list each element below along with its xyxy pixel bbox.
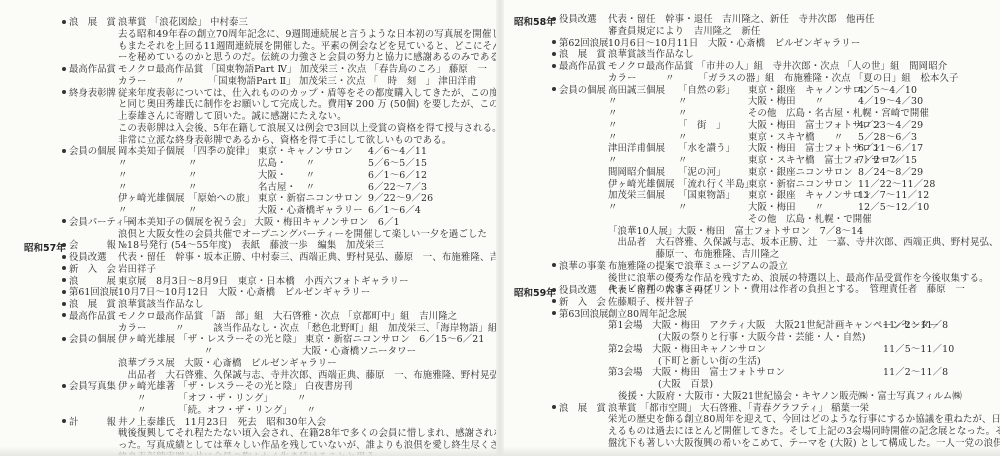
left-text-line: カラー 〃 「国東物語Part Ⅱ」 加茂栄三・次点 「 時 刻 」 津田洋甫	[118, 76, 477, 88]
right58-section-label: 浪 展 賞	[552, 49, 606, 61]
left-section-label: 新 入 会	[62, 264, 116, 276]
bullet-icon	[62, 255, 66, 259]
right58-text-line: 浪華賞該当作品なし	[608, 49, 694, 61]
left-text-line: モノクロ最高作品賞 「国東物語Part Ⅳ」 加茂栄三・次点 「春告鳥のころ」 …	[118, 64, 487, 76]
right58-exhibit-title: 〃	[678, 108, 688, 120]
bullet-icon	[62, 384, 66, 388]
right58-exhibit-title: 「 街 」	[678, 120, 726, 132]
bullet-icon	[62, 266, 66, 270]
bullet-icon	[62, 313, 66, 317]
bullet-icon	[552, 311, 556, 315]
left-venue: 名古屋・ 〃	[258, 182, 315, 194]
right59-date: 11／2～11／8	[883, 367, 948, 379]
left-exhibitor: 〃	[118, 158, 128, 170]
left-text-line: 上泰雄さんに寄贈して頂いた。誠に感謝にたえない。	[118, 111, 347, 123]
bullet-icon	[552, 288, 556, 292]
left-venue: 大阪・心斎橋ギャラリー	[258, 205, 363, 217]
label-text: 浪華の事業	[559, 261, 606, 272]
right59-venue-note: (下町と新しい街の生活)	[658, 356, 761, 368]
right58-exhibitor: 高田誠三個展	[608, 85, 665, 97]
bullet-icon	[552, 64, 556, 68]
bullet-icon	[62, 149, 66, 153]
left-text-line: もまたそれを上回る11週間連続展を開催した。平素の例会などを見ていると、どこにそ…	[118, 41, 549, 53]
right58-exhibit-title: 〃	[678, 155, 688, 167]
left-date: 5／6～5／15	[368, 158, 427, 170]
left-page: 昭和57年 浪 展 賞浪華賞 「浪花図絵」 中村泰三去る昭和49年春の創立70周…	[0, 0, 500, 456]
label-text: 役員改選	[559, 285, 597, 296]
right58-exhibitor: 〃	[608, 96, 618, 108]
era-label-showa57: 昭和57年	[24, 240, 66, 254]
left-section-label: 浪 展 賞	[62, 299, 116, 311]
right58-exhibitor: 〃	[608, 202, 618, 214]
label-text: 最高作品賞	[559, 61, 606, 72]
right59-text-line: 代表・留任 幹事・再任	[608, 285, 713, 297]
left-text-line: 浪倶と大阪女性の会員共催でオープニングパーティーを開催して楽しい一夕を過ごした	[118, 229, 487, 241]
left-text-line: 浪華賞 「浪花図絵」 中村泰三	[118, 17, 248, 29]
right58-venue: その他 広島・名古屋・札幌・宮崎で開催	[748, 108, 929, 120]
right58-date: 6／11～6／17	[858, 143, 923, 155]
bullet-icon	[552, 405, 556, 409]
right58-exhibit-title: 「流れ行く半島」	[678, 179, 754, 191]
right59-venue: 第2会場 大阪・梅田キャノンサロン	[608, 344, 766, 356]
right59-date: 11／5～11／10	[883, 344, 954, 356]
right58-venue: 東京・銀座 キャノンサロン	[748, 85, 871, 97]
left-text-line: 井ノ上泰雄氏 11月23日 死去 昭和30年入会	[118, 417, 326, 429]
left-exhibit-title: 〃	[188, 182, 198, 194]
left-text-line: と同じ奥田秀雄氏に制作をお願いして完成した。費用¥ 200 万 (50個) を要…	[118, 99, 546, 111]
left-text-line: 10月7日～10月12日 大阪・心斎橋 ビルゼンギャラリー	[118, 287, 370, 299]
left-venue: 広島・ 〃	[258, 158, 315, 170]
right58-exhibit-title: 〃	[678, 96, 688, 108]
left-exhibit-title: 「四季の旋律」	[188, 146, 255, 158]
label-text: 第61回浪展	[69, 287, 118, 298]
label-text: 最高作品賞	[69, 64, 116, 75]
left-section-label: 計 報	[62, 417, 116, 429]
right59-text-line: 栄光の歴史を飾る創立80周年を迎えて、今回はどのような行事にするか協議を重ねたが…	[608, 414, 1000, 426]
left-section-label: 浪 展 賞	[62, 17, 116, 29]
label-text: 浪 展	[69, 276, 116, 287]
left-text-line: 代表・留任 幹事・坂本正勝、中村泰三、西端正典、野村晃弘、藤原 一、布施雅隆、吉…	[118, 252, 528, 264]
label-text: 浪 展 賞	[559, 403, 606, 414]
left-venue: 大阪・ 〃	[258, 170, 315, 182]
label-text: 浪 展 賞	[69, 17, 116, 28]
right58-venue: 大阪・梅田 〃	[748, 202, 824, 214]
left-exhibit-title: 〃	[188, 158, 198, 170]
right58-venue: 東京・新宿ニコンサロン	[748, 179, 853, 191]
right58-exhibitor: 〃	[608, 120, 618, 132]
right58-exhibitor: 伊ヶ崎光雄個展	[608, 179, 675, 191]
left-text-line: 浪華プラス展 大阪・心斎橋 ビルゼンギャラリー	[118, 358, 337, 370]
right58-exhibitor: 〃	[608, 155, 618, 167]
left-exhibit-title: 〃	[188, 205, 198, 217]
bullet-icon	[62, 302, 66, 306]
right58-venue: 大阪・梅田 〃	[748, 96, 824, 108]
left-date: 6／1～6／12	[368, 170, 427, 182]
bullet-icon	[552, 17, 556, 21]
left-exhibitor: 岡本美知子個展	[118, 146, 185, 158]
bullet-icon	[552, 263, 556, 267]
right58-section-label: 最高作品賞	[552, 61, 606, 73]
right58-date: 12／5～12／10	[858, 202, 929, 214]
bullet-icon	[552, 87, 556, 91]
right58-venue: その他 広島・札幌・で開催	[748, 214, 872, 226]
right58-exhibitor: 加茂栄三個展	[608, 190, 665, 202]
bullet-icon	[62, 290, 66, 294]
bullet-icon	[552, 52, 556, 56]
left-text-line: ーを秘めているのかと思うのだ。伝統の力強さと会員の努力と協力に感謝あるのみである…	[118, 52, 509, 64]
right59-section-label: 浪 展 賞	[552, 403, 606, 415]
right58-text-line: 出品者 大石啓雅、久保誠与志、坂本正勝、辻 一嘉、寺井次郎、西端正典、野村晃弘、	[608, 237, 999, 249]
left-exhibit-title: 「原始への旅」	[188, 193, 255, 205]
right58-date: 7／2～7／15	[858, 155, 917, 167]
left-exhibitor: 〃	[118, 170, 128, 182]
right59-venue-note: (大阪の祭りと行事・大阪今昔・芸能・人・自然)	[658, 332, 866, 344]
label-text: 最高作品賞	[69, 311, 116, 322]
right58-exhibit-title: 「水を讃う」	[678, 143, 735, 155]
right58-date: 11／7～11／12	[858, 190, 929, 202]
right58-section-label: 役員改選	[552, 14, 597, 26]
bullet-icon	[62, 90, 66, 94]
left-section-label: 会員の個展	[62, 334, 116, 346]
left-text-line: カラー 〃 該当作品なし・次点 「愁色北野町」組 加茂栄三、「海岸物語」組 野村…	[118, 323, 545, 335]
right58-text-line: モノクロ最高作品賞 「市井の人」組 寺井次郎・次点 「人の世」組 間岡昭介	[608, 61, 947, 73]
right59-text-line: 創立80周年記念展	[608, 309, 687, 321]
right58-date: 4／5～4／10	[858, 85, 917, 97]
left-section-label: 会員写真集	[62, 381, 116, 393]
right58-exhibit-title: 「泥の河」	[678, 167, 726, 179]
left-text-line: 戦後復興してそれ程たたない頃入会され、在籍28年で多くの会員に惜しまれ、感謝され…	[118, 428, 550, 440]
right58-text-line: 布施雅隆の提案で浪華ミュージアムの設立	[608, 261, 788, 273]
right59-date: 11／2～11／8	[883, 320, 948, 332]
label-text: 会員の個展	[559, 85, 606, 96]
left-text-line: 〃 大阪・心斎橋ソニータワー	[118, 346, 416, 358]
label-text: 会員の個展	[69, 146, 116, 157]
label-text: 新 入 会	[69, 264, 116, 275]
book-gutter	[496, 0, 504, 456]
right59-text-line: えるものは過去にほとんど開催してきた。そして上記の3会場同時開催の記念展となった…	[608, 426, 1000, 438]
left-date: 6／22～7／3	[368, 182, 427, 194]
left-section-label: 最高作品賞	[62, 311, 116, 323]
right58-venue: 東京・スキヤ橋 〃	[748, 132, 843, 144]
left-section-label: 役員改選	[62, 252, 107, 264]
left-date: 6／1～6／4	[368, 205, 421, 217]
label-text: 終身表彰牌	[69, 88, 116, 99]
right58-text-line: 代表・留任 幹事・退任 吉川隆之、新任 寺井次郎 他再任	[608, 14, 875, 26]
right59-text-line: 浪華賞 「都市空間」 大石啓雅、「青春グラフティ」 稲葉一栄	[608, 403, 869, 415]
right59-support: 後援・大阪府・大阪市・大阪21世紀協会・キヤノン販売㈱・富士写真フィルム㈱	[618, 391, 962, 403]
left-text-line: この表彰牌は入会後、5年在籍して浪展又は例会で3回以上受賞の資格を得て授与される…	[118, 123, 502, 135]
right58-text-line: 審査員規定により 吉川隆之 新任	[608, 26, 760, 38]
right58-date: 4／23～4／29	[858, 120, 923, 132]
left-date: 4／6～4／11	[368, 146, 427, 158]
left-text-line: 従来年度表彰については、仕入れもののカップ・盾等をその都度購入してきたが、この度…	[118, 88, 546, 100]
bullet-icon	[62, 219, 66, 223]
left-section-label: 会員の個展	[62, 146, 116, 158]
right58-date: 11／22～11／28	[858, 179, 936, 191]
right58-venue: 東京・銀座 キャノンサロン	[748, 190, 871, 202]
right59-section-label: 役員改選	[552, 285, 597, 297]
label-text: 浪 展 賞	[69, 299, 116, 310]
label-text: 役員改選	[559, 14, 597, 25]
left-text-line: 〃 「続。オフ・ザ・リング」 〃	[118, 405, 316, 417]
page-bottom-shadow	[0, 446, 1000, 456]
right58-exhibit-title: 「国東物語」	[678, 190, 735, 202]
right58-date: 5／28～6／3	[858, 132, 917, 144]
left-exhibitor: 伊ヶ崎光雄個展	[118, 193, 185, 205]
right58-text-line: 藤原一、布施雅隆、吉川隆之	[608, 249, 779, 261]
left-venue: 東京・キャノンサロン	[258, 146, 353, 158]
left-exhibit-title: 〃	[188, 170, 198, 182]
label-text: 新 入 会	[559, 297, 606, 308]
right59-venue: 第3会場 大阪・梅田 富士フォトサロン	[608, 367, 785, 379]
right58-exhibitor: 間岡昭介個展	[608, 167, 665, 179]
left-text-line: №18号発行 (54～55年度) 表紙 藤波一歩 編集 加茂栄三	[118, 240, 384, 252]
left-text-line: 伊ヶ崎光雄展 「ザ・レスラーその光と陰」 東京・新宿ニコンサロン 6／15～6／…	[118, 334, 485, 346]
left-section-label: 第61回浪展	[62, 287, 118, 299]
right58-exhibit-title: 「自然の彩」	[678, 85, 735, 97]
bullet-icon	[62, 67, 66, 71]
bullet-icon	[62, 419, 66, 423]
left-text-line: 伊ヶ崎光雄著 「ザ・レスラーその光と陰」 白夜書房刊	[118, 381, 353, 393]
left-text-line: 東京展 8月3日～8月9日 東京・日本橋 小西六フォトギャラリー	[118, 276, 409, 288]
right58-exhibitor: 津田洋甫個展	[608, 143, 665, 155]
label-text: 浪 展 賞	[559, 49, 606, 60]
right59-section-label: 第63回浪展	[552, 309, 608, 321]
right58-text-line: 「浪華10人展」大阪・梅田 富士フォトサロン 7／8～14	[608, 226, 863, 238]
right58-exhibit-title: 〃	[678, 132, 688, 144]
bullet-icon	[552, 40, 556, 44]
left-text-line: 出品者 大石啓雅、久保誠与志、寺井次郎、西端正典、藤原 一、布施雅隆、野村晃弘、…	[118, 370, 547, 382]
right58-exhibitor: 〃	[608, 108, 618, 120]
bullet-icon	[62, 278, 66, 282]
right58-exhibitor: 〃	[608, 132, 618, 144]
label-text: 会 報	[69, 240, 116, 251]
right58-venue: 東京・銀座ニコンサロン	[748, 167, 853, 179]
label-text: 第62回浪展	[559, 38, 608, 49]
right59-section-label: 新 入 会	[552, 297, 606, 309]
left-text-line: モノクロ最高作品賞 「語 部」組 大石啓雅・次点 「京都町中」組 吉川隆之	[118, 311, 457, 323]
left-text-line: 岩田祥子	[118, 264, 156, 276]
right58-section-label: 浪華の事業	[552, 261, 606, 273]
right58-text-line: カラー 〃 「ガラスの器」組 布施雅隆・次点 「夏の日」組 松本久子	[608, 73, 959, 85]
right58-date: 8／24～8／29	[858, 167, 923, 179]
bullet-icon	[62, 243, 66, 247]
right-page: 昭和58年 昭和59年 役員改選代表・留任 幹事・退任 吉川隆之、新任 寺井次郎…	[500, 0, 1000, 456]
left-text-line: 非常に立派な終身表彰牌であるから、資格を得て手にして欲しいものである。	[118, 135, 451, 147]
right58-section-label: 会員の個展	[552, 85, 606, 97]
era-label-showa58: 昭和58年	[514, 14, 556, 28]
left-section-label: 会 報	[62, 240, 116, 252]
left-section-label: 最高作品賞	[62, 64, 116, 76]
right58-section-label: 第62回浪展	[552, 38, 608, 50]
left-exhibitor: 〃	[118, 205, 128, 217]
label-text: 会員の個展	[69, 334, 116, 345]
bullet-icon	[62, 20, 66, 24]
label-text: 第63回浪展	[559, 309, 608, 320]
right59-text-line: 佐藤順子、桜井智子	[608, 297, 694, 309]
left-exhibitor: 〃	[118, 182, 128, 194]
left-date: 9／22～9／26	[368, 193, 433, 205]
label-text: 会員写真集	[69, 381, 116, 392]
left-venue: 東京・新宿ニコンサロン	[258, 193, 363, 205]
left-text-line: 去る昭和49年春の創立70周年記念に、9週間連続展と言うような日本初の写真展を開…	[118, 29, 549, 41]
bullet-icon	[62, 337, 66, 341]
left-text-line: 〃 「オフ・ザ・リング」 〃	[118, 393, 306, 405]
right59-venue-note: (大阪 百景)	[658, 379, 713, 391]
left-section-label: 浪 展	[62, 276, 116, 288]
era-label-showa59: 昭和59年	[514, 285, 556, 299]
bullet-icon	[552, 299, 556, 303]
left-section-label: 終身表彰牌	[62, 88, 116, 100]
right58-date: 4／19～4／30	[858, 96, 923, 108]
left-text-line: 「岡本美知子の個展を祝う会」 大阪・梅田キャノンサロン 6／1	[118, 217, 400, 229]
right58-exhibit-title: 〃	[678, 202, 688, 214]
label-text: 計 報	[69, 417, 116, 428]
right58-text-line: 後世に浪華の優秀な作品を残すため、浪展の特選以上、最高作品受賞作を今後収集する。	[608, 273, 989, 285]
left-text-line: 浪華賞該当作品なし	[118, 299, 204, 311]
label-text: 役員改選	[69, 252, 107, 263]
right58-text-line: 10月6日～10月11日 大阪・心斎橋 ビルゼンギャラリー	[608, 38, 860, 50]
